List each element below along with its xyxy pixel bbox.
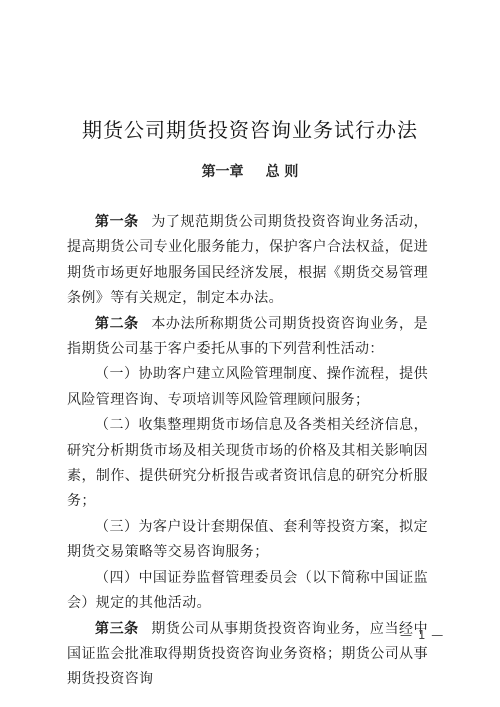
clause-text: （四）中国证券监督管理委员会（以下简称中国证监会）规定的其他活动。	[67, 570, 428, 611]
article-label: 第二条	[95, 316, 139, 332]
article-label: 第三条	[95, 621, 139, 637]
clause-1: （一）协助客户建立风险管理制度、操作流程，提供风险管理咨询、专项培训等风险管理顾…	[67, 362, 428, 413]
page-number: — 1 —	[400, 628, 444, 642]
clause-text: （三）为客户设计套期保值、套利等投资方案，拟定期货交易策略等交易咨询服务；	[67, 519, 428, 560]
article-3: 第三条期货公司从事期货投资咨询业务，应当经中国证监会批准取得期货投资咨询业务资格…	[67, 617, 428, 693]
clause-4: （四）中国证券监督管理委员会（以下简称中国证监会）规定的其他活动。	[67, 566, 428, 617]
document-body: 第一条为了规范期货公司期货投资咨询业务活动，提高期货公司专业化服务能力，保护客户…	[67, 210, 428, 693]
clause-text: （二）收集整理期货市场信息及各类相关经济信息，研究分析期货市场及相关现货市场的价…	[67, 417, 428, 509]
clause-3: （三）为客户设计套期保值、套利等投资方案，拟定期货交易策略等交易咨询服务；	[67, 515, 428, 566]
chapter-heading: 第一章总 则	[0, 161, 500, 181]
chapter-number: 第一章	[202, 164, 244, 180]
article-2: 第二条本办法所称期货公司期货投资咨询业务，是指期货公司基于客户委托从事的下列营利…	[67, 312, 428, 363]
chapter-name: 总 则	[266, 164, 299, 180]
clause-text: （一）协助客户建立风险管理制度、操作流程，提供风险管理咨询、专项培训等风险管理顾…	[67, 366, 428, 407]
document-title: 期货公司期货投资咨询业务试行办法	[0, 114, 500, 143]
article-label: 第一条	[95, 214, 139, 230]
clause-2: （二）收集整理期货市场信息及各类相关经济信息，研究分析期货市场及相关现货市场的价…	[67, 413, 428, 515]
article-1: 第一条为了规范期货公司期货投资咨询业务活动，提高期货公司专业化服务能力，保护客户…	[67, 210, 428, 312]
